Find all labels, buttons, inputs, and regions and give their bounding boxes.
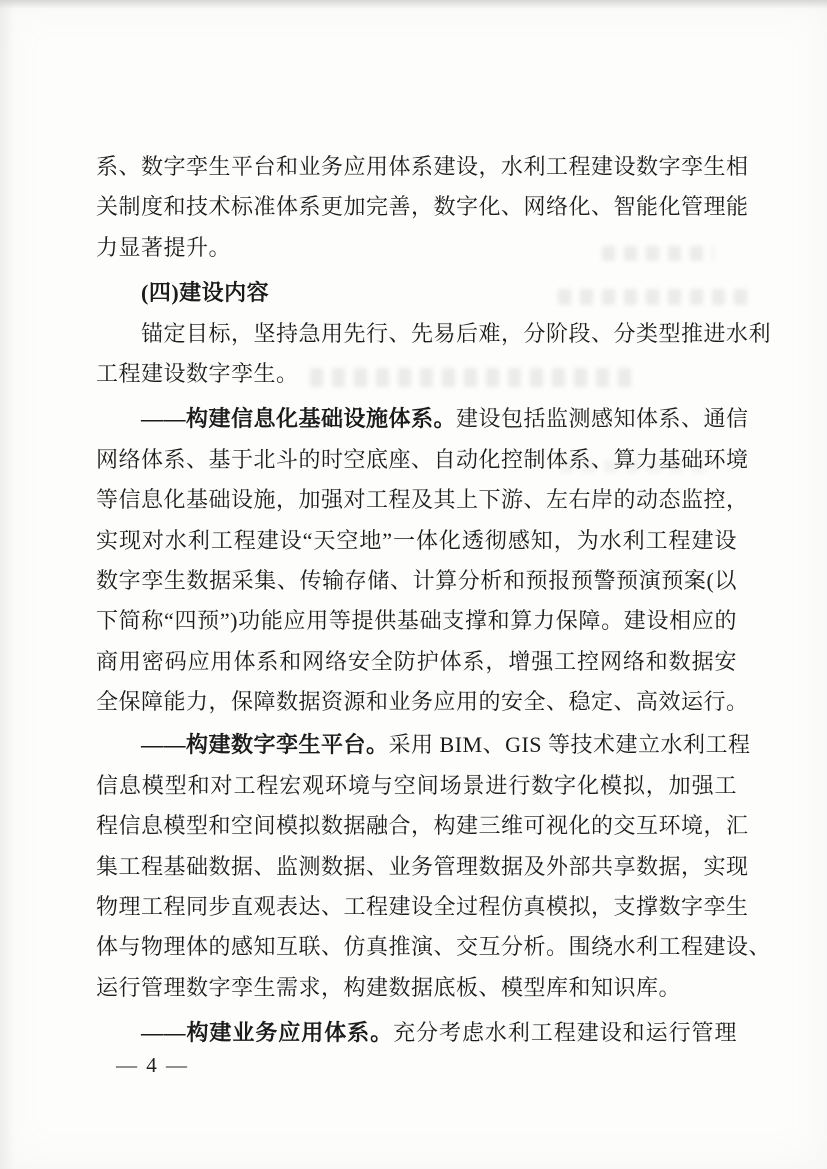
body-text-line: 信息模型和对工程宏观环境与空间场景进行数字化模拟，加强工 [96,766,737,806]
body-text-line-bold-lead: ——构建业务应用体系。充分考虑水利工程建设和运行管理 [96,1013,737,1053]
body-text-line: 集工程基础数据、监测数据、业务管理数据及外部共享数据，实现 [96,847,737,887]
scan-edge-artifact [0,0,14,1169]
body-text-line: 程信息模型和空间模拟数据融合，构建三维可视化的交互环境，汇 [96,806,737,846]
page-number: — 4 — [116,1053,189,1078]
body-text-line: 关制度和技术标准体系更加完善，数字化、网络化、智能化管理能 [96,187,737,227]
body-text-line: 商用密码应用体系和网络安全防护体系，增强工控网络和数据安 [96,642,737,682]
body-text-line-bold-lead: ——构建数字孪生平台。采用 BIM、GIS 等技术建立水利工程 [96,725,737,765]
scanned-document-page: 系、数字孪生平台和业务应用体系建设，水利工程建设数字孪生相 关制度和技术标准体系… [0,0,827,1169]
body-text-line: 等信息化基础设施，加强对工程及其上下游、左右岸的动态监控， [96,480,737,520]
body-text-line: 运行管理数字孪生需求，构建数据底板、模型库和知识库。 [96,968,737,1008]
body-text-line: 体与物理体的感知互联、仿真推演、交互分析。围绕水利工程建设、 [96,927,737,967]
body-text-line: 全保障能力，保障数据资源和业务应用的安全、稳定、高效运行。 [96,682,737,722]
body-text-line: 锚定目标，坚持急用先行、先易后难，分阶段、分类型推进水利 [96,314,737,354]
section-heading: (四)建设内容 [96,273,737,313]
body-text-line: 物理工程同步直观表达、工程建设全过程仿真模拟，支撑数字孪生 [96,887,737,927]
body-text-line: 实现对水利工程建设“天空地”一体化透彻感知，为水利工程建设 [96,521,737,561]
body-text-line: 下简称“四预”)功能应用等提供基础支撑和算力保障。建设相应的 [96,601,737,641]
body-text-line: 工程建设数字孪生。 [96,354,737,394]
body-text-line: 网络体系、基于北斗的时空底座、自动化控制体系、算力基础环境 [96,440,737,480]
body-text-line-bold-lead: ——构建信息化基础设施体系。建设包括监测感知体系、通信 [96,399,737,439]
body-text-line: 数字孪生数据采集、传输存储、计算分析和预报预警预演预案(以 [96,561,737,601]
document-body: 系、数字孪生平台和业务应用体系建设，水利工程建设数字孪生相 关制度和技术标准体系… [96,147,737,1054]
scan-edge-artifact [0,0,827,9]
body-text-line: 力显著提升。 [96,228,737,268]
body-text-line: 系、数字孪生平台和业务应用体系建设，水利工程建设数字孪生相 [96,147,737,187]
